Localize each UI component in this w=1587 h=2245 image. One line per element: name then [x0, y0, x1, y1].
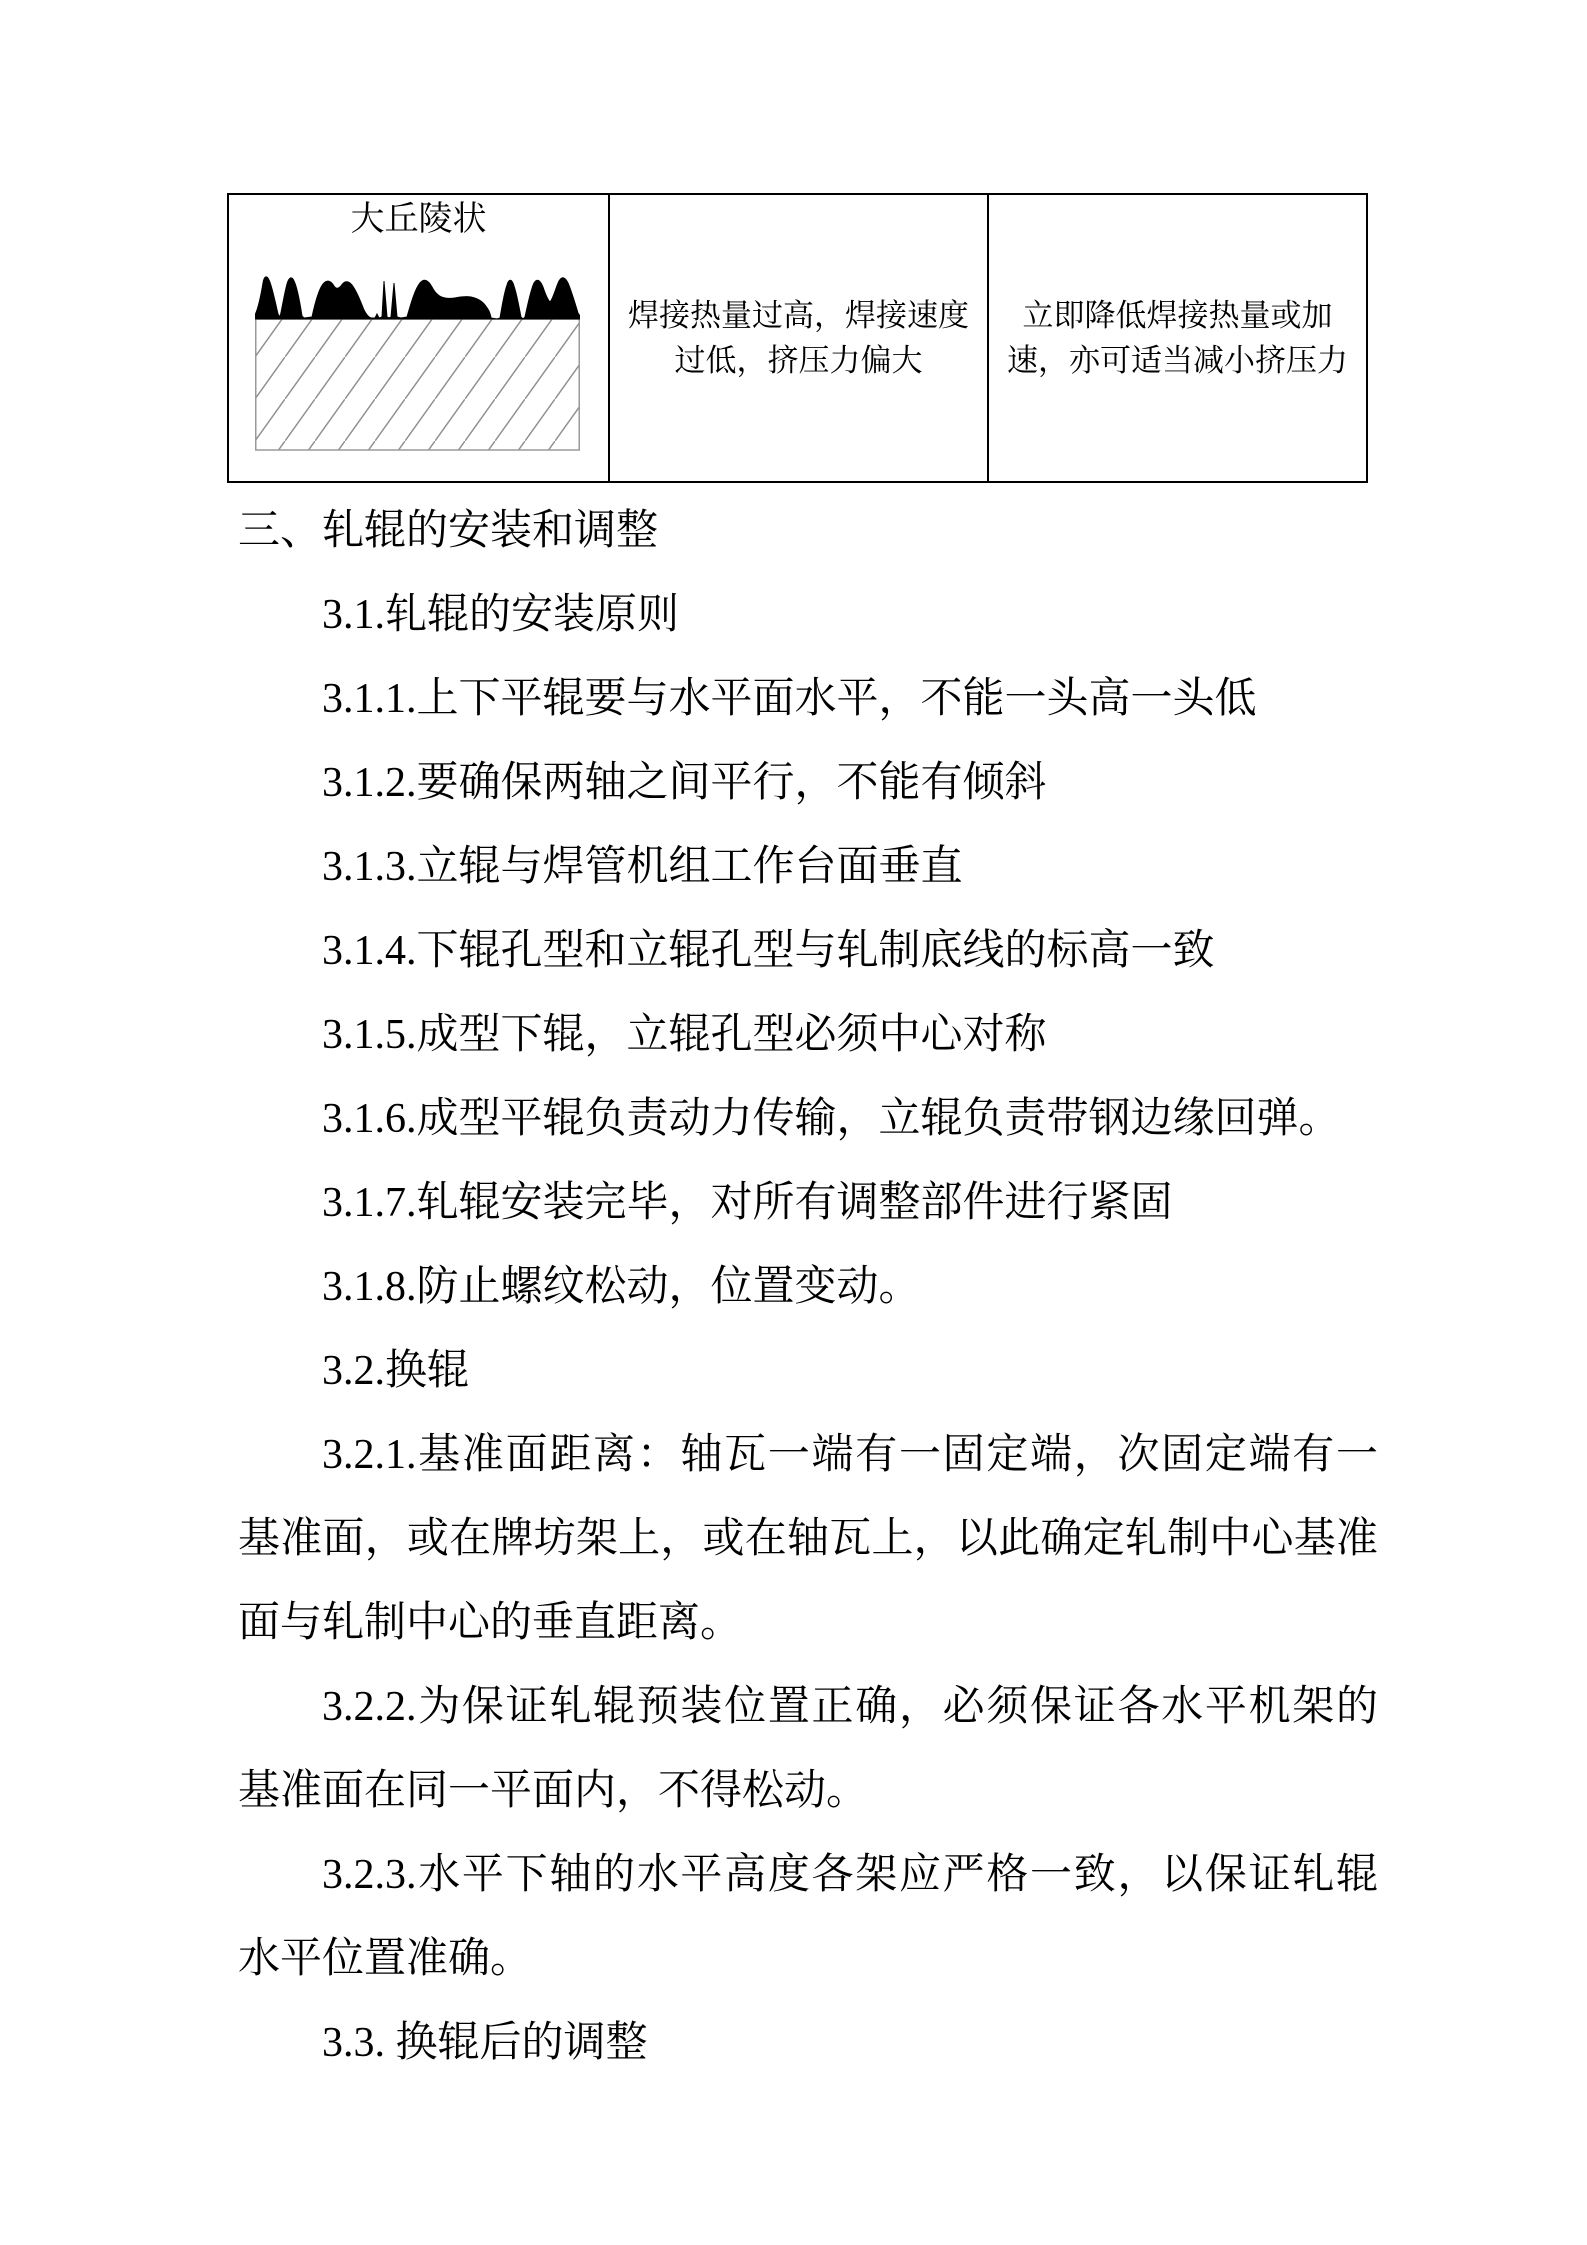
paragraph: 三、轧辊的安装和调整 — [238, 489, 1378, 573]
defect-shape-cell: 大丘陵状 — [229, 195, 608, 481]
document-page: 大丘陵状 焊接热量过高，焊接速度过低，挤压力偏大 立即降低焊接热量或加速，亦可适… — [0, 0, 1587, 2245]
paragraph: 3.1.5.成型下辊，立辊孔型必须中心对称 — [238, 993, 1378, 1077]
defect-cause-text: 焊接热量过高，焊接速度过低，挤压力偏大 — [626, 293, 971, 383]
paragraph: 3.1.轧辊的安装原则 — [238, 573, 1378, 657]
document-body: 三、轧辊的安装和调整3.1.轧辊的安装原则3.1.1.上下平辊要与水平面水平，不… — [238, 489, 1378, 2085]
paragraph: 3.1.3.立辊与焊管机组工作台面垂直 — [238, 825, 1378, 909]
defect-cause-cell: 焊接热量过高，焊接速度过低，挤压力偏大 — [608, 195, 987, 481]
paragraph: 3.1.8.防止螺纹松动，位置变动。 — [238, 1245, 1378, 1329]
paragraph: 3.1.4.下辊孔型和立辊孔型与轧制底线的标高一致 — [238, 909, 1378, 993]
paragraph: 3.2.2.为保证轧辊预装位置正确，必须保证各水平机架的基准面在同一平面内，不得… — [238, 1665, 1378, 1833]
paragraph: 3.1.6.成型平辊负责动力传输，立辊负责带钢边缘回弹。 — [238, 1077, 1378, 1161]
defect-shape-label: 大丘陵状 — [229, 201, 608, 239]
hill-profile-weld-seam-diagram-icon — [255, 273, 580, 451]
paragraph: 3.2.1.基准面距离：轴瓦一端有一固定端，次固定端有一基准面，或在牌坊架上，或… — [238, 1413, 1378, 1665]
paragraph: 3.1.2.要确保两轴之间平行，不能有倾斜 — [238, 741, 1378, 825]
paragraph: 3.2.换辊 — [238, 1329, 1378, 1413]
paragraph: 3.2.3.水平下轴的水平高度各架应严格一致，以保证轧辊水平位置准确。 — [238, 1833, 1378, 2001]
defect-remedy-cell: 立即降低焊接热量或加速，亦可适当减小挤压力 — [987, 195, 1366, 481]
defect-table: 大丘陵状 焊接热量过高，焊接速度过低，挤压力偏大 立即降低焊接热量或加速，亦可适… — [227, 193, 1368, 483]
hatched-base-rect — [256, 319, 580, 450]
hill-peaks-shape — [255, 277, 580, 319]
paragraph: 3.1.7.轧辊安装完毕，对所有调整部件进行紧固 — [238, 1161, 1378, 1245]
defect-remedy-text: 立即降低焊接热量或加速，亦可适当减小挤压力 — [1005, 293, 1350, 383]
paragraph: 3.1.1.上下平辊要与水平面水平，不能一头高一头低 — [238, 657, 1378, 741]
paragraph: 3.3. 换辊后的调整 — [238, 2001, 1378, 2085]
